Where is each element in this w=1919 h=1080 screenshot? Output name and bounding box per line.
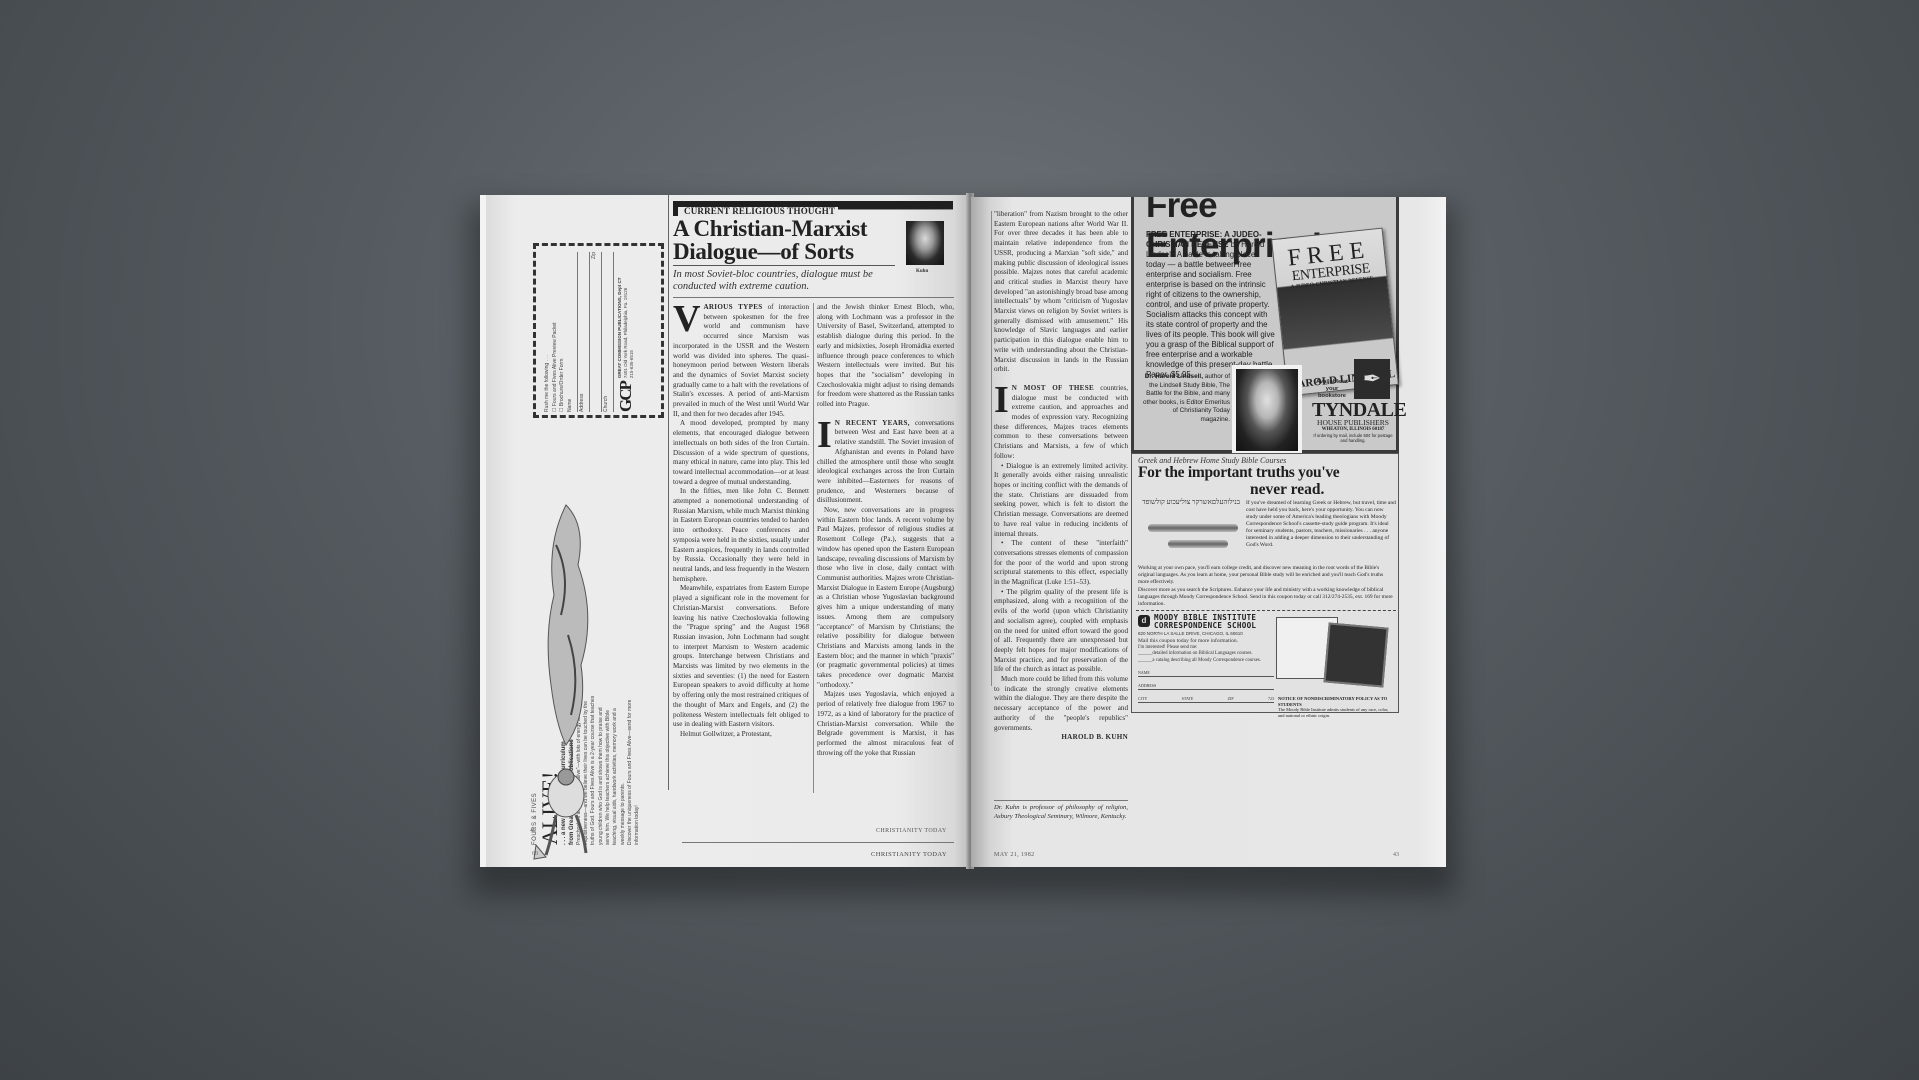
ad-paragraph: Discover more as you search the Scriptur… xyxy=(1138,587,1394,608)
column-divider xyxy=(991,211,992,686)
ad-headline: never read. xyxy=(1250,481,1324,499)
issue-date: MAY 21, 1982 xyxy=(994,852,1035,858)
coupon-zip-field[interactable]: Zip xyxy=(591,252,602,412)
field-label: CITY xyxy=(1138,696,1147,702)
article-paragraph: Meanwhile, expatriates from Eastern Euro… xyxy=(673,584,809,730)
school-name: CORRESPONDENCE SCHOOL xyxy=(1154,622,1256,630)
course-materials-photo xyxy=(1276,617,1394,689)
author-name: Dr. Harold Lindsell, xyxy=(1145,373,1203,380)
article-column-2: and the Jewish thinker Ernest Bloch, who… xyxy=(817,303,954,758)
left-page: Rush me the following . . . ☐ Fours and … xyxy=(480,195,969,867)
field-label: Address xyxy=(579,394,585,412)
scroll-rod xyxy=(1148,524,1238,532)
ad-code: 723 xyxy=(1268,696,1274,702)
address-field[interactable]: ADDRESS xyxy=(1138,677,1274,690)
order-coupon: Rush me the following . . . ☐ Fours and … xyxy=(533,243,664,418)
moody-name: MOODY BIBLE INSTITUTE CORRESPONDENCE SCH… xyxy=(1154,614,1256,630)
hebrew-text: בנילוהעלםאשרקר צוליעכוע קולשופד xyxy=(1140,498,1240,506)
article-paragraph: IN MOST OF THESE countries, dialogue mus… xyxy=(994,384,1128,462)
coupon-content: Rush me the following . . . ☐ Fours and … xyxy=(544,252,635,412)
running-footer: CHRISTIANITY TODAY xyxy=(871,851,947,858)
drop-cap: I xyxy=(994,385,1009,415)
lindsell-photo xyxy=(1232,365,1302,455)
moody-address: 820 NORTH LA SALLE DRIVE, CHICAGO, IL 60… xyxy=(1138,631,1243,636)
publisher-sub: HOUSE PUBLISHERS xyxy=(1312,419,1394,427)
dog-and-child-illustration-icon xyxy=(526,485,612,865)
moody-coupon-form: Mail this coupon today for more informat… xyxy=(1138,638,1274,703)
field-label: Name xyxy=(567,399,573,412)
article-paragraph: Now, new conversations are in progress w… xyxy=(817,506,954,690)
section-label: CURRENT RELIGIOUS THOUGHT xyxy=(673,201,953,210)
field-label: ADDRESS xyxy=(1138,683,1156,688)
article-paragraph: and the Jewish thinker Ernest Bloch, who… xyxy=(817,303,954,410)
publisher-name: GREAT COMMISSION PUBLICATIONS, Dept CT xyxy=(617,278,623,379)
ad-paragraph: Working at your own pace, you'll earn co… xyxy=(1138,565,1394,586)
mail-note: If ordering by mail, include 50¢ for pos… xyxy=(1312,433,1394,443)
article-column-3: "liberation" from Nazism brought to the … xyxy=(994,210,1128,743)
field-label: Church xyxy=(603,396,609,412)
field-label: NAME xyxy=(1138,670,1150,675)
field-label: ZIP xyxy=(1228,696,1234,702)
deck-rule xyxy=(673,297,954,298)
free-enterprise-ad: Free Enterprise! FREE ENTERPRISE: A JUDE… xyxy=(1131,197,1399,453)
torah-scroll-icon: בנילוהעלםאשרקר צוליעכוע קולשופד xyxy=(1140,498,1240,558)
availability-note: Available at your bookstore xyxy=(1312,379,1352,400)
drop-cap: V xyxy=(673,304,700,334)
coupon-option-preview[interactable]: ☐ Fours and Fives Alive Preview Packet xyxy=(552,252,560,412)
name-field[interactable]: NAME xyxy=(1138,664,1274,677)
coupon-option-brochure[interactable]: ☐ Brochure/Order Form xyxy=(559,252,567,412)
coupon-church-field[interactable]: Church xyxy=(603,252,614,412)
page-number: 43 xyxy=(1393,852,1399,858)
author-photo xyxy=(906,221,944,265)
bullet-paragraph: • The content of these "interfaith" conv… xyxy=(994,539,1128,588)
portrait-image xyxy=(1236,369,1298,451)
scroll-rod xyxy=(1168,540,1228,548)
ad-paragraph: If you've dreamed of learning Greek or H… xyxy=(1246,500,1396,549)
coupon-cut-line xyxy=(1136,610,1396,611)
form-option-catalog[interactable]: ______a catalog describing all Moody Cor… xyxy=(1138,658,1274,665)
article-paragraph: IN RECENT YEARS, conversations between W… xyxy=(817,419,954,506)
article-paragraph: A mood developed, prompted by many eleme… xyxy=(673,419,809,487)
article-column-1: VARIOUS TYPES of interaction between spo… xyxy=(673,303,809,740)
field-label: STATE xyxy=(1182,696,1194,702)
tyndale-logo: TYNDALE HOUSE PUBLISHERS WHEATON, ILLINO… xyxy=(1312,401,1394,443)
coupon-option-label: Fours and Fives Alive Preview Packet xyxy=(552,322,558,406)
lead-in: N RECENT YEARS, xyxy=(835,419,910,427)
moody-correspondence-ad: Greek and Hebrew Home Study Bible Course… xyxy=(1131,453,1399,713)
coupon-name-field[interactable]: Name xyxy=(567,252,578,412)
article-headline: A Christian-Marxist Dialogue—of Sorts xyxy=(673,217,893,263)
gcp-logo: GCP xyxy=(622,382,630,412)
column-divider xyxy=(813,303,814,793)
coupon-heading: Rush me the following . . . xyxy=(544,252,552,412)
headline-line: A Christian-Marxist xyxy=(673,217,893,240)
paragraph-text: conversations between West and East have… xyxy=(817,419,954,505)
page-number: 60 xyxy=(532,851,538,857)
ad-headline: For the important truths you've xyxy=(1138,465,1394,481)
nondiscrimination-notice: NOTICE OF NONDISCRIMINATORY POLICY AS TO… xyxy=(1278,696,1396,718)
article-deck: In most Soviet-bloc countries, dialogue … xyxy=(673,269,903,293)
author-caption: Dr. Harold Lindsell, author of the Linds… xyxy=(1142,373,1230,424)
inner-page-number: 42 xyxy=(530,828,536,834)
inner-running-footer: CHRISTIANITY TODAY xyxy=(876,828,947,834)
footer-rule xyxy=(682,842,954,843)
photo-caption: Kuhn xyxy=(916,269,928,274)
bullet-paragraph: • Dialogue is an extremely limited activ… xyxy=(994,462,1128,540)
headline-line: Dialogue—of Sorts xyxy=(673,240,893,263)
ad-cta: Discover the uniqueness of Fours and Fiv… xyxy=(627,695,642,845)
lead-in: N MOST OF THESE xyxy=(1012,384,1094,392)
bullet-paragraph: • The pilgrim quality of the present lif… xyxy=(994,588,1128,675)
article-paragraph: Helmut Gollwitzer, a Protestant, xyxy=(673,730,809,740)
article-paragraph: VARIOUS TYPES of interaction between spo… xyxy=(673,303,809,419)
article-paragraph: Much more could be lifted from this volu… xyxy=(994,675,1128,733)
author-caption-text: author of the Lindsell Study Bible, The … xyxy=(1143,373,1230,423)
article-paragraph: In the fifties, men like John C. Bennett… xyxy=(673,487,809,584)
article-paragraph: "liberation" from Nazism brought to the … xyxy=(994,210,1128,375)
drop-cap: I xyxy=(817,420,832,450)
field-label: Zip xyxy=(591,252,597,259)
ad-body-text: by Harold Lindsell. A battle is taking p… xyxy=(1146,240,1275,379)
right-page: "liberation" from Nazism brought to the … xyxy=(971,197,1446,867)
cassette-album-image xyxy=(1323,622,1388,687)
lead-in: ARIOUS TYPES xyxy=(703,303,762,311)
coupon-option-label: Brochure/Order Form xyxy=(559,359,565,407)
publisher-phone: 215-635-6515 xyxy=(629,278,635,379)
headline-rule xyxy=(673,265,895,266)
moody-logo-icon: d xyxy=(1138,615,1150,627)
ad-body: FREE ENTERPRISE: A JUDEO-CHRISTIAN DEFEN… xyxy=(1146,230,1276,380)
paragraph-text: countries, dialogue must be conducted wi… xyxy=(994,384,1128,460)
publisher-address: 7401 Old York Road, Philadelphia, Pa. 19… xyxy=(623,278,629,379)
author-bio: Dr. Kuhn is professor of philosophy of r… xyxy=(994,803,1128,821)
coupon-address-field[interactable]: Address xyxy=(579,252,590,412)
notice-title: NOTICE OF NONDISCRIMINATORY POLICY AS TO… xyxy=(1278,696,1387,707)
publisher-name: TYNDALE xyxy=(1312,401,1394,419)
article-paragraph: Majzes uses Yugoslavia, which enjoyed a … xyxy=(817,690,954,758)
byline: HAROLD B. KUHN xyxy=(994,733,1128,743)
quill-ink-icon: ✒ xyxy=(1354,359,1390,399)
bio-rule xyxy=(994,800,1128,801)
column-divider xyxy=(668,195,669,790)
section-title: CURRENT RELIGIOUS THOUGHT xyxy=(673,207,838,216)
notice-body: The Moody Bible Institute admits student… xyxy=(1278,707,1396,718)
city-state-zip-field[interactable]: CITY STATE ZIP 723 xyxy=(1138,690,1274,703)
